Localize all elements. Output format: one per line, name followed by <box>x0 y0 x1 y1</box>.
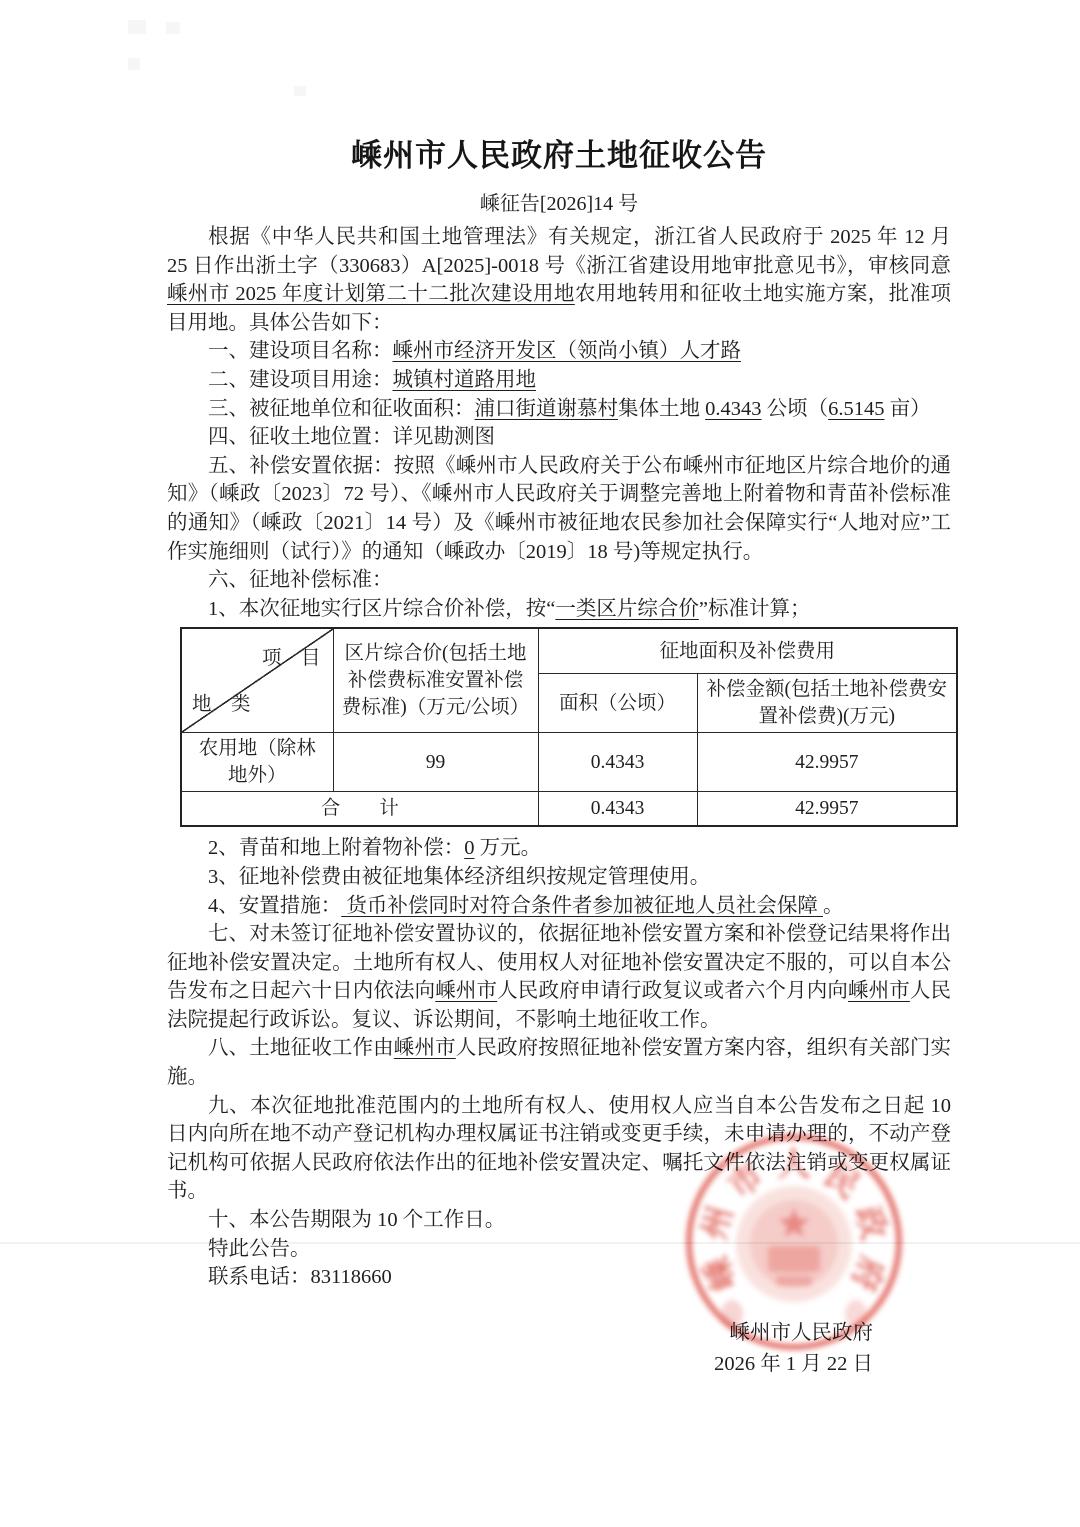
underlined-text: 嵊州市 <box>435 980 497 1002</box>
text-run: 五、补偿安置依据：按照《嵊州市人民政府关于公布嵊州市征地区片综合地价的通知》（嵊… <box>167 455 951 563</box>
text-run: 六、征地补偿标准： <box>208 569 393 591</box>
table-corner-label-project: 项 目 <box>262 645 321 672</box>
closing-statement: 特此公告。 <box>167 1235 951 1264</box>
table-corner-label-landtype: 地 类 <box>192 691 251 718</box>
underlined-text: 0.4343 <box>705 398 761 420</box>
underlined-text: 嵊州市 <box>848 980 910 1002</box>
text-run: 。 <box>823 895 844 917</box>
scan-artifact <box>166 22 180 34</box>
compensation-table: 项 目 地 类 区片综合价(包括土地补偿费标准安置补偿费标准)（万元/公顷） 征… <box>180 627 958 827</box>
text-run: 一、建设项目名称： <box>208 340 393 362</box>
underlined-text: 嵊州市 <box>394 1037 456 1059</box>
underlined-text: 嵊州市经济开发区（领尚小镇）人才路 <box>393 340 742 362</box>
text-run: 根据《中华人民共和国土地管理法》有关规定，浙江省人民政府于 2025 年 12 … <box>167 226 951 277</box>
table-total-amount: 42.9957 <box>697 792 957 827</box>
text-run: 亩） <box>885 398 931 420</box>
underlined-text: 6.5145 <box>828 398 884 420</box>
text-run: 十、本公告期限为 10 个工作日。 <box>208 1209 505 1231</box>
item-land-location: 四、征收土地位置：详见勘测图 <box>167 423 951 452</box>
table-header-group: 征地面积及补偿费用 <box>538 628 957 674</box>
item-compensation-basis: 五、补偿安置依据：按照《嵊州市人民政府关于公布嵊州市征地区片综合地价的通知》（嵊… <box>167 452 951 566</box>
table-header-area: 面积（公顷） <box>538 674 697 733</box>
text-run: 八、土地征收工作由 <box>208 1037 394 1059</box>
underlined-text: 一类区片综合价 <box>555 598 699 620</box>
item-registration-requirement: 九、本次征地批准范围内的土地所有权人、使用权人应当自本公告发布之日起 10 日内… <box>167 1092 951 1206</box>
table-cell-landtype: 农用地（除林地外） <box>181 733 333 792</box>
item-notice-period: 十、本公告期限为 10 个工作日。 <box>167 1206 951 1235</box>
table-cell-amount: 42.9957 <box>697 733 957 792</box>
item-dispute-procedure: 七、对未签订征地补偿安置协议的，依据征地补偿安置方案和补偿登记结果将作出征地补偿… <box>167 920 951 1034</box>
underlined-text: 城镇村道路用地 <box>393 369 537 391</box>
signature-org: 嵊州市人民政府 <box>167 1318 873 1349</box>
document-page: 嵊州市人民政府土地征收公告 嵊征告[2026]14 号 根据《中华人民共和国土地… <box>0 0 1080 1527</box>
scan-artifact <box>128 20 146 34</box>
text-run: 二、建设项目用途： <box>208 369 393 391</box>
subitem-resettlement-measures: 4、安置措施： 货币补偿同时对符合条件者参加被征地人员社会保障 。 <box>167 892 951 921</box>
underlined-text: 0 <box>464 837 474 859</box>
text-run: 三、被征地单位和征收面积： <box>208 398 475 420</box>
table-header-amount: 补偿金额(包括土地补偿费安置补偿费)(万元) <box>697 674 957 733</box>
text-run: 3、征地补偿费由被征地集体经济组织按规定管理使用。 <box>208 866 710 888</box>
text-run: 联系电话：83118660 <box>208 1266 392 1288</box>
text-run: ”标准计算； <box>699 598 811 620</box>
item-implementation: 八、土地征收工作由嵊州市人民政府按照征地补偿安置方案内容，组织有关部门实施。 <box>167 1034 951 1091</box>
text-run: 特此公告。 <box>208 1238 311 1260</box>
subitem-fund-management: 3、征地补偿费由被征地集体经济组织按规定管理使用。 <box>167 863 951 892</box>
scan-artifact <box>128 58 140 70</box>
contact-phone: 联系电话：83118660 <box>167 1263 951 1292</box>
subitem-seedling-compensation: 2、青苗和地上附着物补偿：0 万元。 <box>167 834 951 863</box>
table-corner-cell: 项 目 地 类 <box>181 628 333 733</box>
underlined-text: 嵊州市 2025 年度计划第二十二批次建设用地 <box>167 283 575 305</box>
doc-number: 嵊征告[2026]14 号 <box>167 190 951 218</box>
scan-artifact <box>294 86 306 96</box>
signature-block: 嵊州市人民政府 2026 年 1 月 22 日 <box>167 1318 951 1380</box>
text-run: 四、征收土地位置：详见勘测图 <box>208 426 495 448</box>
page-title: 嵊州市人民政府土地征收公告 <box>167 136 951 176</box>
text-run: 1、本次征地实行区片综合价补偿，按“ <box>208 598 555 620</box>
notice-document: 嵊州市人民政府土地征收公告 嵊征告[2026]14 号 根据《中华人民共和国土地… <box>167 136 951 1380</box>
item-project-name: 一、建设项目名称：嵊州市经济开发区（领尚小镇）人才路 <box>167 337 951 366</box>
table-header-price: 区片综合价(包括土地补偿费标准安置补偿费标准)（万元/公顷） <box>333 628 538 733</box>
table-cell-area: 0.4343 <box>538 733 697 792</box>
subitem-comprehensive-price: 1、本次征地实行区片综合价补偿，按“一类区片综合价”标准计算； <box>167 595 951 624</box>
text-run: 4、安置措施： <box>208 895 341 917</box>
text-run: 公顷（ <box>762 398 829 420</box>
text-run: 万元。 <box>475 837 542 859</box>
item-expropriated-unit: 三、被征地单位和征收面积：浦口街道谢慕村集体土地 0.4343 公顷（6.514… <box>167 395 951 424</box>
item-project-use: 二、建设项目用途：城镇村道路用地 <box>167 366 951 395</box>
text-run: 九、本次征地批准范围内的土地所有权人、使用权人应当自本公告发布之日起 10 日内… <box>167 1095 951 1203</box>
text-run: 集体土地 <box>618 398 705 420</box>
text-run: 2、青苗和地上附着物补偿： <box>208 837 464 859</box>
table-cell-price: 99 <box>333 733 538 792</box>
text-run: 人民政府申请行政复议或者六个月内向 <box>497 980 848 1002</box>
underlined-text: 浦口街道谢慕村 <box>475 398 619 420</box>
signature-date: 2026 年 1 月 22 日 <box>167 1349 873 1380</box>
underlined-text: 货币补偿同时对符合条件者参加被征地人员社会保障 <box>341 895 823 917</box>
paragraph-intro: 根据《中华人民共和国土地管理法》有关规定，浙江省人民政府于 2025 年 12 … <box>167 223 951 337</box>
table-total-area: 0.4343 <box>538 792 697 827</box>
table-total-label: 合 计 <box>181 792 538 827</box>
item-compensation-standard: 六、征地补偿标准： <box>167 566 951 595</box>
